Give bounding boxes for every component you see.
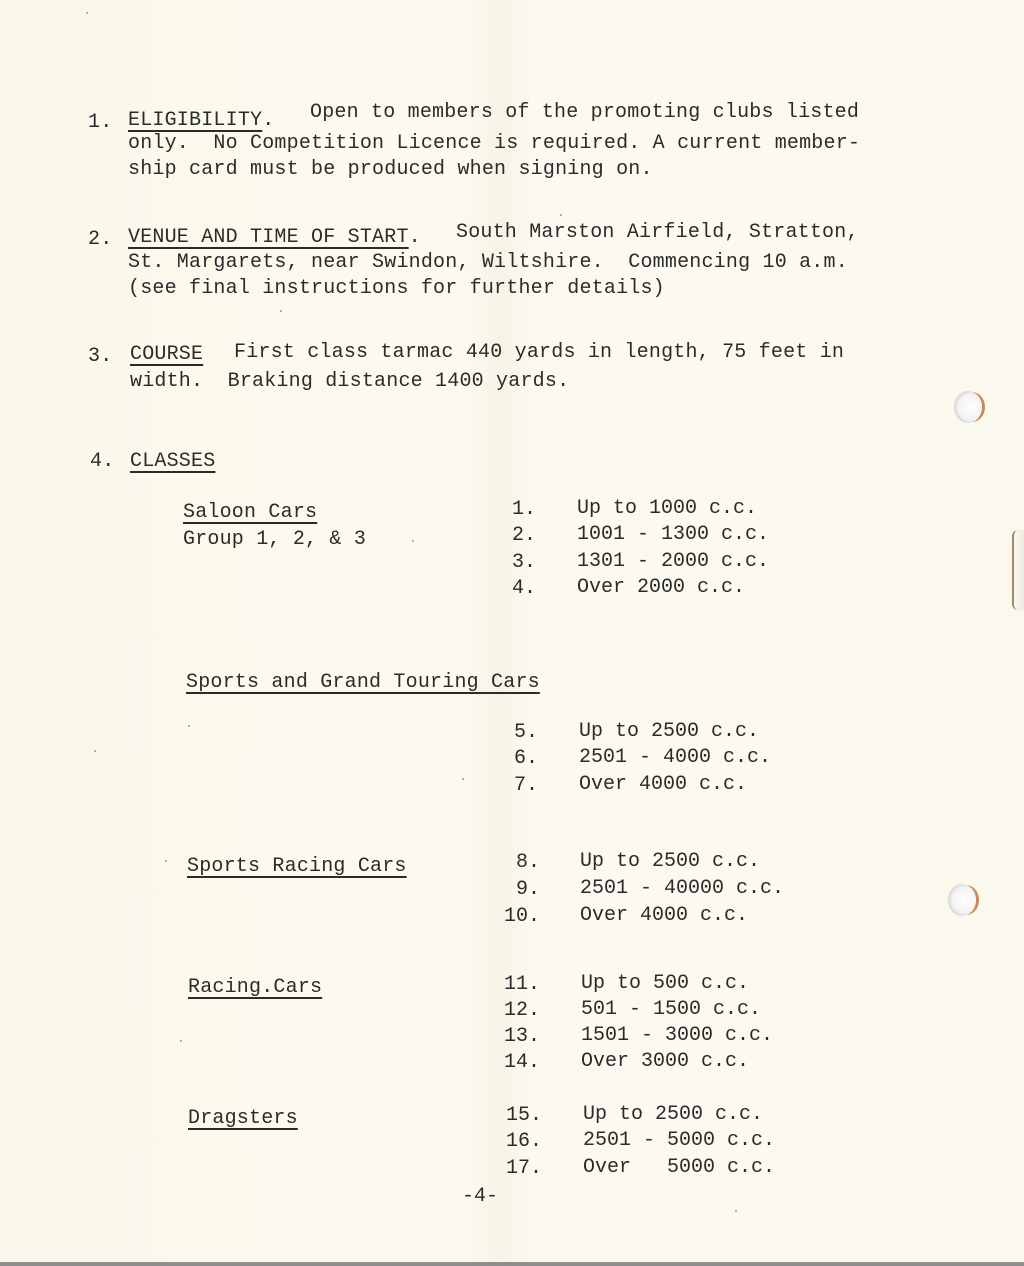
class-group-title: Dragsters xyxy=(188,1106,298,1132)
class-number: 2. xyxy=(486,523,536,549)
torn-edge xyxy=(1012,530,1024,610)
body-line: (see final instructions for further deta… xyxy=(128,276,665,302)
class-description: Up to 2500 c.c. xyxy=(583,1102,763,1128)
class-number: 10. xyxy=(490,904,540,930)
page-bottom-edge xyxy=(0,1262,1024,1266)
body-line: only. No Competition Licence is required… xyxy=(128,131,860,157)
class-group-title: Racing.Cars xyxy=(188,975,322,1001)
class-number: 12. xyxy=(490,998,540,1024)
class-description: 1301 - 2000 c.c. xyxy=(577,549,769,575)
class-group-subtitle: Group 1, 2, & 3 xyxy=(183,527,366,553)
paper-speck xyxy=(560,214,562,216)
paper-speck xyxy=(180,1040,182,1042)
class-description: 501 - 1500 c.c. xyxy=(581,997,761,1023)
section-number: 2. xyxy=(88,227,112,253)
paper-speck xyxy=(280,310,282,312)
section-heading: CLASSES xyxy=(130,449,215,475)
class-description: 2501 - 5000 c.c. xyxy=(583,1128,775,1154)
paper-speck xyxy=(462,778,464,780)
section-heading-line: VENUE AND TIME OF START. xyxy=(128,225,421,251)
class-description: Over 5000 c.c. xyxy=(583,1155,775,1181)
paper-speck xyxy=(412,540,414,542)
class-number: 14. xyxy=(490,1050,540,1076)
class-description: 2501 - 40000 c.c. xyxy=(580,876,784,902)
paper-speck xyxy=(86,12,88,14)
section-number: 3. xyxy=(88,344,112,370)
paper-speck xyxy=(165,860,167,862)
class-description: Up to 2500 c.c. xyxy=(579,719,759,745)
class-description: 2501 - 4000 c.c. xyxy=(579,745,771,771)
class-number: 3. xyxy=(486,550,536,576)
class-description: 1001 - 1300 c.c. xyxy=(577,522,769,548)
punch-hole-icon xyxy=(954,391,982,423)
class-description: Over 2000 c.c. xyxy=(577,575,745,601)
body-line: First class tarmac 440 yards in length, … xyxy=(234,340,844,366)
section-heading: COURSE xyxy=(130,342,203,368)
class-number: 11. xyxy=(490,972,540,998)
body-line: St. Margarets, near Swindon, Wiltshire. … xyxy=(128,250,848,276)
class-number: 9. xyxy=(490,877,540,903)
class-number: 17. xyxy=(492,1156,542,1182)
page-number: -4- xyxy=(462,1184,498,1210)
class-number: 7. xyxy=(488,773,538,799)
section-heading: VENUE AND TIME OF START xyxy=(128,226,409,249)
class-number: 13. xyxy=(490,1024,540,1050)
class-group-title: Sports Racing Cars xyxy=(187,854,407,880)
class-description: 1501 - 3000 c.c. xyxy=(581,1023,773,1049)
paper-speck xyxy=(94,750,96,752)
document-page: 1. ELIGIBILITY. Open to members of the p… xyxy=(0,0,1024,1262)
body-line: width. Braking distance 1400 yards. xyxy=(130,369,569,395)
class-description: Over 4000 c.c. xyxy=(579,772,747,798)
section-heading: ELIGIBILITY xyxy=(128,109,262,132)
punch-hole-icon xyxy=(948,884,976,916)
section-number: 1. xyxy=(88,110,112,136)
class-group-title: Saloon Cars xyxy=(183,500,317,526)
class-number: 15. xyxy=(492,1103,542,1129)
body-line: Open to members of the promoting clubs l… xyxy=(310,100,859,126)
class-group-title: Sports and Grand Touring Cars xyxy=(186,670,540,696)
class-description: Over 4000 c.c. xyxy=(580,903,748,929)
class-number: 4. xyxy=(486,576,536,602)
body-line: ship card must be produced when signing … xyxy=(128,157,653,183)
class-number: 5. xyxy=(488,720,538,746)
body-line: South Marston Airfield, Stratton, xyxy=(456,220,859,246)
class-number: 8. xyxy=(490,850,540,876)
paper-speck xyxy=(188,725,190,727)
class-number: 6. xyxy=(488,746,538,772)
class-description: Over 3000 c.c. xyxy=(581,1049,749,1075)
class-number: 16. xyxy=(492,1129,542,1155)
class-description: Up to 1000 c.c. xyxy=(577,496,757,522)
section-number: 4. xyxy=(90,449,114,475)
class-number: 1. xyxy=(486,497,536,523)
paper-speck xyxy=(735,1210,737,1212)
class-description: Up to 500 c.c. xyxy=(581,971,749,997)
class-description: Up to 2500 c.c. xyxy=(580,849,760,875)
